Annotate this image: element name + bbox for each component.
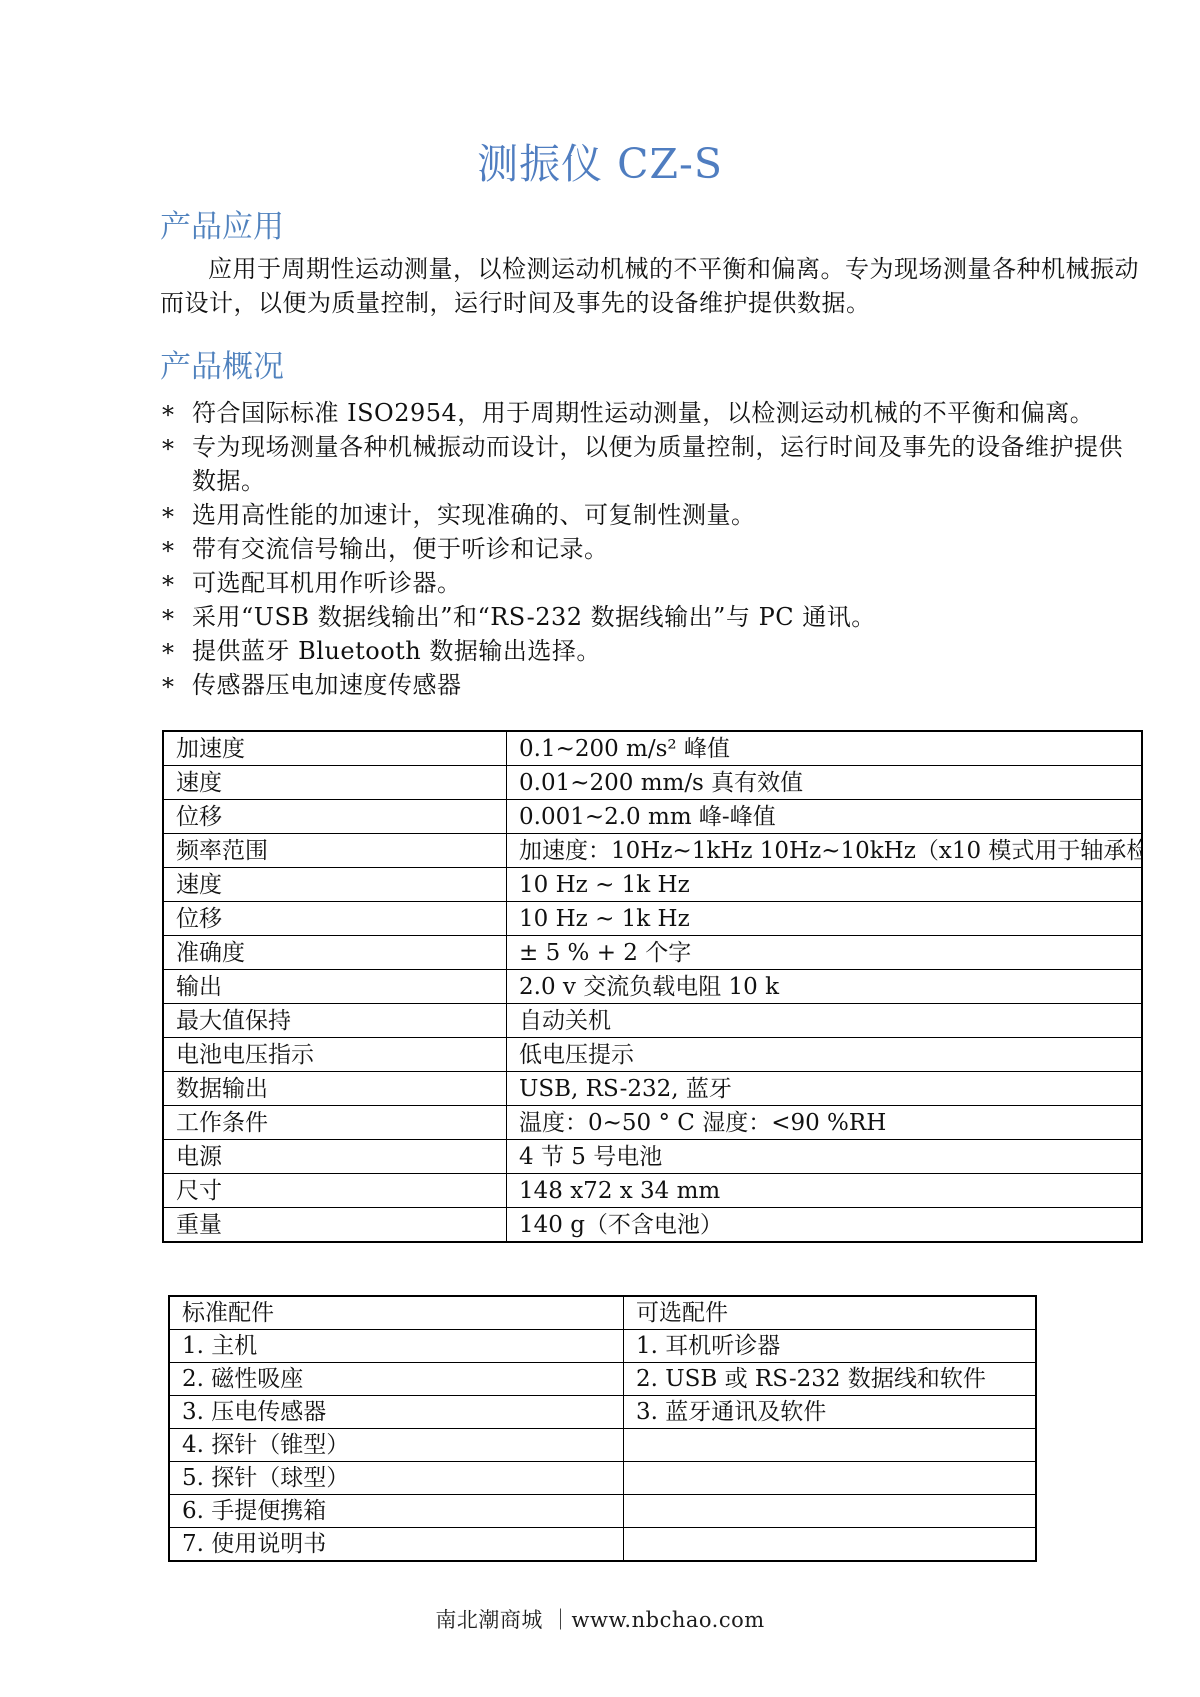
bullet-text: 专为现场测量各种机械振动而设计，以便为质量控制，运行时间及事先的设备维护提供数据… [192,433,1123,495]
table-row: 准确度± 5 % + 2 个字 [163,936,1142,970]
optional-accessory: 3. 蓝牙通讯及软件 [624,1396,1037,1429]
table-row: 3. 压电传感器3. 蓝牙通讯及软件 [169,1396,1036,1429]
asterisk-bullet-icon: * [162,398,175,432]
table-row: 速度0.01~200 mm/s 真有效值 [163,766,1142,800]
spec-value: USB, RS-232, 蓝牙 [507,1072,1143,1106]
bullet-item: *可选配耳机用作听诊器。 [162,566,1140,600]
optional-accessory: 1. 耳机听诊器 [624,1330,1037,1363]
spec-label: 位移 [163,800,507,834]
page-title: 测振仪 CZ-S [0,0,1200,190]
section-heading-overview: 产品概况 [160,346,1200,388]
footer-site-credit: 南北潮商城 ｜www.nbchao.com [0,1606,1200,1634]
bullet-text: 传感器压电加速度传感器 [192,671,462,699]
bullet-item: *专为现场测量各种机械振动而设计，以便为质量控制，运行时间及事先的设备维护提供数… [162,430,1140,498]
application-paragraph: 应用于周期性运动测量，以检测运动机械的不平衡和偏离。专为现场测量各种机械振动而设… [160,252,1140,320]
spec-value: 148 x72 x 34 mm [507,1174,1143,1208]
standard-accessory: 4. 探针（锥型） [169,1429,624,1462]
asterisk-bullet-icon: * [162,568,175,602]
specifications-table: 加速度0.1~200 m/s² 峰值 速度0.01~200 mm/s 真有效值 … [162,730,1143,1243]
bullet-text: 提供蓝牙 Bluetooth 数据输出选择。 [192,637,601,665]
table-row: 位移0.001~2.0 mm 峰-峰值 [163,800,1142,834]
optional-accessory: 2. USB 或 RS-232 数据线和软件 [624,1363,1037,1396]
spec-label: 最大值保持 [163,1004,507,1038]
spec-label: 电源 [163,1140,507,1174]
table-row: 1. 主机1. 耳机听诊器 [169,1330,1036,1363]
table-row: 6. 手提便携箱 [169,1495,1036,1528]
optional-accessory [624,1429,1037,1462]
table-row: 5. 探针（球型） [169,1462,1036,1495]
spec-value: 10 Hz ~ 1k Hz [507,868,1143,902]
table-row: 电源4 节 5 号电池 [163,1140,1142,1174]
optional-accessory [624,1528,1037,1562]
spec-value: 温度：0~50 ° C 湿度：<90 %RH [507,1106,1143,1140]
standard-accessory: 3. 压电传感器 [169,1396,624,1429]
bullet-item: *选用高性能的加速计，实现准确的、可复制性测量。 [162,498,1140,532]
bullet-text: 符合国际标准 ISO2954，用于周期性运动测量，以检测运动机械的不平衡和偏离。 [192,399,1094,427]
spec-label: 准确度 [163,936,507,970]
table-row: 位移10 Hz ~ 1k Hz [163,902,1142,936]
spec-value: 自动关机 [507,1004,1143,1038]
optional-accessories-header: 可选配件 [624,1296,1037,1330]
spec-label: 频率范围 [163,834,507,868]
table-row: 最大值保持自动关机 [163,1004,1142,1038]
table-row: 4. 探针（锥型） [169,1429,1036,1462]
asterisk-bullet-icon: * [162,500,175,534]
spec-value: 0.001~2.0 mm 峰-峰值 [507,800,1143,834]
overview-bullet-list: *符合国际标准 ISO2954，用于周期性运动测量，以检测运动机械的不平衡和偏离… [162,396,1140,702]
standard-accessory: 1. 主机 [169,1330,624,1363]
bullet-text: 带有交流信号输出，便于听诊和记录。 [192,535,609,563]
spec-value: 加速度：10Hz~1kHz 10Hz~10kHz（x10 模式用于轴承检查） [507,834,1143,868]
bullet-item: *传感器压电加速度传感器 [162,668,1140,702]
spec-label: 尺寸 [163,1174,507,1208]
table-row: 速度10 Hz ~ 1k Hz [163,868,1142,902]
spec-value: 0.01~200 mm/s 真有效值 [507,766,1143,800]
bullet-text: 选用高性能的加速计，实现准确的、可复制性测量。 [192,501,756,529]
spec-value: 140 g（不含电池） [507,1208,1143,1243]
table-header-row: 标准配件可选配件 [169,1296,1036,1330]
section-heading-application: 产品应用 [160,206,1200,248]
accessories-table: 标准配件可选配件 1. 主机1. 耳机听诊器 2. 磁性吸座2. USB 或 R… [168,1295,1037,1562]
asterisk-bullet-icon: * [162,534,175,568]
spec-label: 电池电压指示 [163,1038,507,1072]
bullet-item: *带有交流信号输出，便于听诊和记录。 [162,532,1140,566]
table-row: 输出2.0 v 交流负载电阻 10 k [163,970,1142,1004]
standard-accessory: 5. 探针（球型） [169,1462,624,1495]
asterisk-bullet-icon: * [162,636,175,670]
standard-accessory: 6. 手提便携箱 [169,1495,624,1528]
asterisk-bullet-icon: * [162,602,175,636]
spec-value: 低电压提示 [507,1038,1143,1072]
optional-accessory [624,1462,1037,1495]
table-row: 频率范围加速度：10Hz~1kHz 10Hz~10kHz（x10 模式用于轴承检… [163,834,1142,868]
spec-label: 速度 [163,766,507,800]
table-row: 2. 磁性吸座2. USB 或 RS-232 数据线和软件 [169,1363,1036,1396]
bullet-item: *采用“USB 数据线输出”和“RS-232 数据线输出”与 PC 通讯。 [162,600,1140,634]
standard-accessories-header: 标准配件 [169,1296,624,1330]
table-row: 电池电压指示低电压提示 [163,1038,1142,1072]
spec-label: 位移 [163,902,507,936]
standard-accessory: 2. 磁性吸座 [169,1363,624,1396]
table-row: 尺寸148 x72 x 34 mm [163,1174,1142,1208]
spec-value: 0.1~200 m/s² 峰值 [507,731,1143,766]
bullet-item: *符合国际标准 ISO2954，用于周期性运动测量，以检测运动机械的不平衡和偏离… [162,396,1140,430]
table-row: 数据输出USB, RS-232, 蓝牙 [163,1072,1142,1106]
spec-label: 重量 [163,1208,507,1243]
spec-label: 速度 [163,868,507,902]
bullet-text: 可选配耳机用作听诊器。 [192,569,462,597]
asterisk-bullet-icon: * [162,432,175,466]
spec-label: 输出 [163,970,507,1004]
spec-value: 2.0 v 交流负载电阻 10 k [507,970,1143,1004]
spec-value: 10 Hz ~ 1k Hz [507,902,1143,936]
asterisk-bullet-icon: * [162,670,175,704]
spec-value: 4 节 5 号电池 [507,1140,1143,1174]
spec-value: ± 5 % + 2 个字 [507,936,1143,970]
spec-label: 加速度 [163,731,507,766]
spec-label: 数据输出 [163,1072,507,1106]
table-row: 加速度0.1~200 m/s² 峰值 [163,731,1142,766]
bullet-item: *提供蓝牙 Bluetooth 数据输出选择。 [162,634,1140,668]
document-page: 测振仪 CZ-S 产品应用 应用于周期性运动测量，以检测运动机械的不平衡和偏离。… [0,0,1200,1697]
table-row: 工作条件温度：0~50 ° C 湿度：<90 %RH [163,1106,1142,1140]
optional-accessory [624,1495,1037,1528]
spec-label: 工作条件 [163,1106,507,1140]
table-row: 重量140 g（不含电池） [163,1208,1142,1243]
standard-accessory: 7. 使用说明书 [169,1528,624,1562]
bullet-text: 采用“USB 数据线输出”和“RS-232 数据线输出”与 PC 通讯。 [192,603,876,631]
table-row: 7. 使用说明书 [169,1528,1036,1562]
